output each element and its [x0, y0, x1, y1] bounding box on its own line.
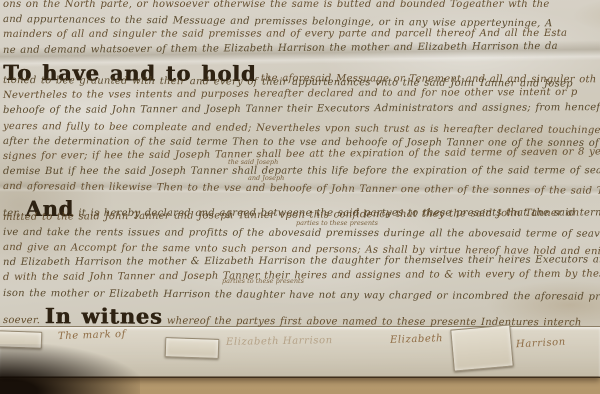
script-text: mainders of all and singuler the said pr… [3, 28, 567, 40]
script-text: behoofe of the said John Tanner and Jose… [3, 102, 600, 116]
interlinear-insertion: parties to these presents [222, 277, 304, 285]
manuscript-line: demise But if hee the said Joseph Tanner… [3, 165, 600, 181]
manuscript-line: ive and take the rents issues and profit… [3, 227, 600, 244]
signature: Elizabeth [390, 333, 443, 346]
corner-shadow [0, 344, 140, 394]
manuscript-text: ons on the North parte, or howsoever oth… [3, 0, 600, 318]
script-text: nd Elizabeth Harrison the mother & Eliza… [3, 254, 600, 268]
script-text: demise But if hee the said Joseph Tanner… [3, 165, 600, 177]
manuscript-line: behoofe of the said John Tanner and Jose… [3, 102, 600, 120]
signature: Elizabeth Harrison [226, 335, 333, 348]
script-text: Nevertheles to the vses intents and purp… [3, 87, 578, 101]
script-text: ison the mother or Elizabeth Harrison th… [3, 288, 600, 303]
script-text: soever. [3, 315, 45, 326]
interlinear-insertion: and Joseph [248, 174, 284, 182]
manuscript-line: ons on the North parte, or howsoever oth… [3, 0, 600, 14]
script-text: yeares and fully to bee compleate and en… [3, 121, 600, 136]
interlinear-insertion: parties to these presents [296, 219, 378, 227]
display-phrase: In witnes [45, 303, 163, 328]
script-text: ive and take the rents issues and profit… [3, 227, 600, 240]
interlinear-insertion: the said Joseph [228, 158, 278, 166]
script-text: ons on the North parte, or howsoever oth… [3, 0, 550, 10]
parchment-seal-tag [450, 324, 513, 371]
manuscript-line: soever. In witnes whereof the partyes fi… [3, 303, 600, 321]
deed-photograph: ons on the North parte, or howsoever oth… [0, 0, 600, 394]
parchment-seal-tag [165, 337, 220, 359]
script-text: whereof the partyes first above named to… [162, 315, 581, 328]
